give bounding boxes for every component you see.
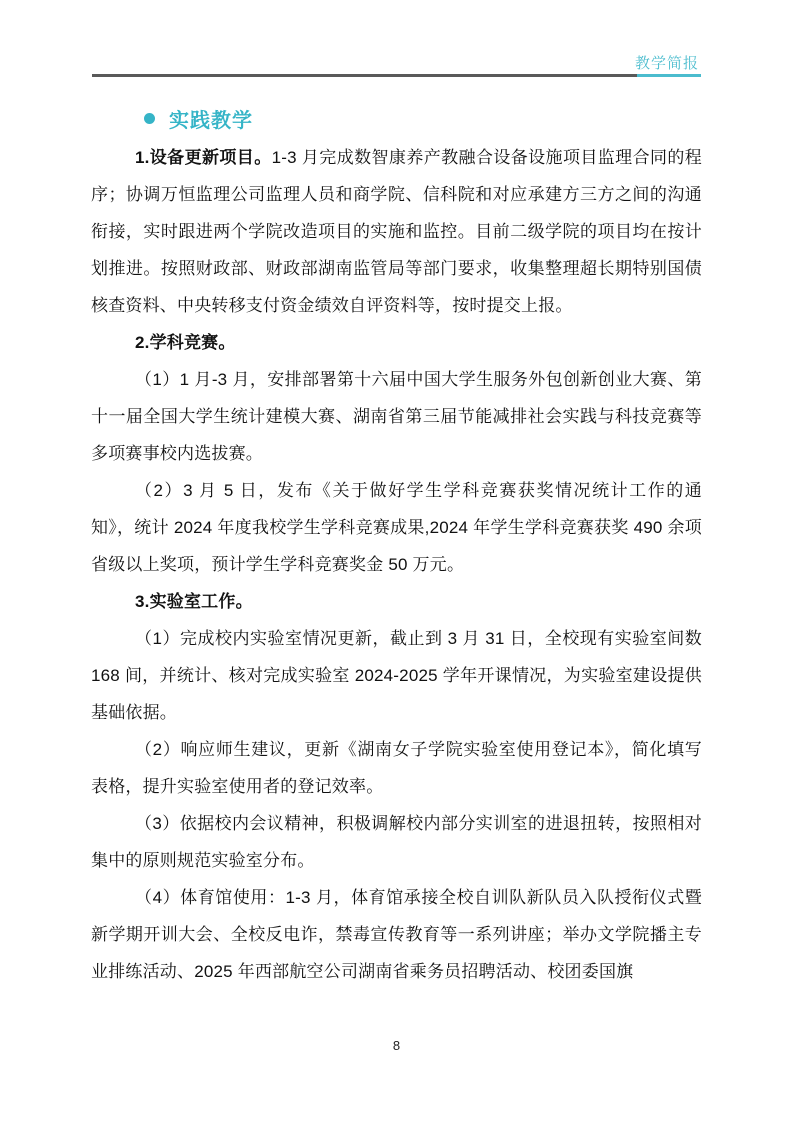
header-rule-dark-segment: [92, 74, 637, 77]
paragraph-lead: 1.设备更新项目。: [135, 148, 272, 167]
header-label: 教学简报: [635, 52, 699, 73]
section-title: 实践教学: [169, 104, 253, 133]
body-text: 1.设备更新项目。1-3 月完成数智康养产教融合设备设施项目监理合同的程序；协调…: [91, 139, 702, 990]
paragraph-competition-item-1: （1）1 月-3 月，安排部署第十六届中国大学生服务外包创新创业大赛、第十一届全…: [91, 361, 702, 472]
paragraph-lab-item-4: （4）体育馆使用：1-3 月，体育馆承接全校自训队新队员入队授衔仪式暨新学期开训…: [91, 879, 702, 990]
bullet-icon: [144, 113, 155, 124]
paragraph-competition-heading: 2.学科竞赛。: [91, 324, 702, 361]
document-page: 教学简报 实践教学 1.设备更新项目。1-3 月完成数智康养产教融合设备设施项目…: [0, 0, 793, 1122]
page-footer: 8: [0, 1037, 793, 1055]
page-number: 8: [393, 1038, 400, 1053]
header-rule: [92, 74, 701, 77]
paragraph-lead: 3.实验室工作。: [135, 592, 253, 611]
header-rule-teal-segment: [637, 74, 701, 77]
paragraph-text: （3）依据校内会议精神，积极调解校内部分实训室的进退扭转，按照相对集中的原则规范…: [91, 814, 702, 870]
paragraph-text: （1）1 月-3 月，安排部署第十六届中国大学生服务外包创新创业大赛、第十一届全…: [91, 370, 702, 463]
paragraph-text: （1）完成校内实验室情况更新，截止到 3 月 31 日，全校现有实验室间数 16…: [91, 629, 702, 722]
paragraph-text: （2）响应师生建议，更新《湖南女子学院实验室使用登记本》，简化填写表格，提升实验…: [91, 740, 702, 796]
paragraph-equipment-project: 1.设备更新项目。1-3 月完成数智康养产教融合设备设施项目监理合同的程序；协调…: [91, 139, 702, 324]
paragraph-text: 1-3 月完成数智康养产教融合设备设施项目监理合同的程序；协调万恒监理公司监理人…: [91, 148, 702, 315]
paragraph-lab-item-3: （3）依据校内会议精神，积极调解校内部分实训室的进退扭转，按照相对集中的原则规范…: [91, 805, 702, 879]
paragraph-lab-item-1: （1）完成校内实验室情况更新，截止到 3 月 31 日，全校现有实验室间数 16…: [91, 620, 702, 731]
paragraph-lab-item-2: （2）响应师生建议，更新《湖南女子学院实验室使用登记本》，简化填写表格，提升实验…: [91, 731, 702, 805]
paragraph-lead: 2.学科竞赛。: [135, 333, 236, 352]
paragraph-competition-item-2: （2）3 月 5 日，发布《关于做好学生学科竞赛获奖情况统计工作的通知》，统计 …: [91, 472, 702, 583]
paragraph-lab-heading: 3.实验室工作。: [91, 583, 702, 620]
document-body: 实践教学 1.设备更新项目。1-3 月完成数智康养产教融合设备设施项目监理合同的…: [91, 103, 702, 990]
paragraph-text: （4）体育馆使用：1-3 月，体育馆承接全校自训队新队员入队授衔仪式暨新学期开训…: [91, 888, 702, 981]
page-header: 教学简报: [92, 0, 701, 80]
section-heading: 实践教学: [144, 103, 702, 133]
paragraph-text: （2）3 月 5 日，发布《关于做好学生学科竞赛获奖情况统计工作的通知》，统计 …: [91, 481, 702, 574]
